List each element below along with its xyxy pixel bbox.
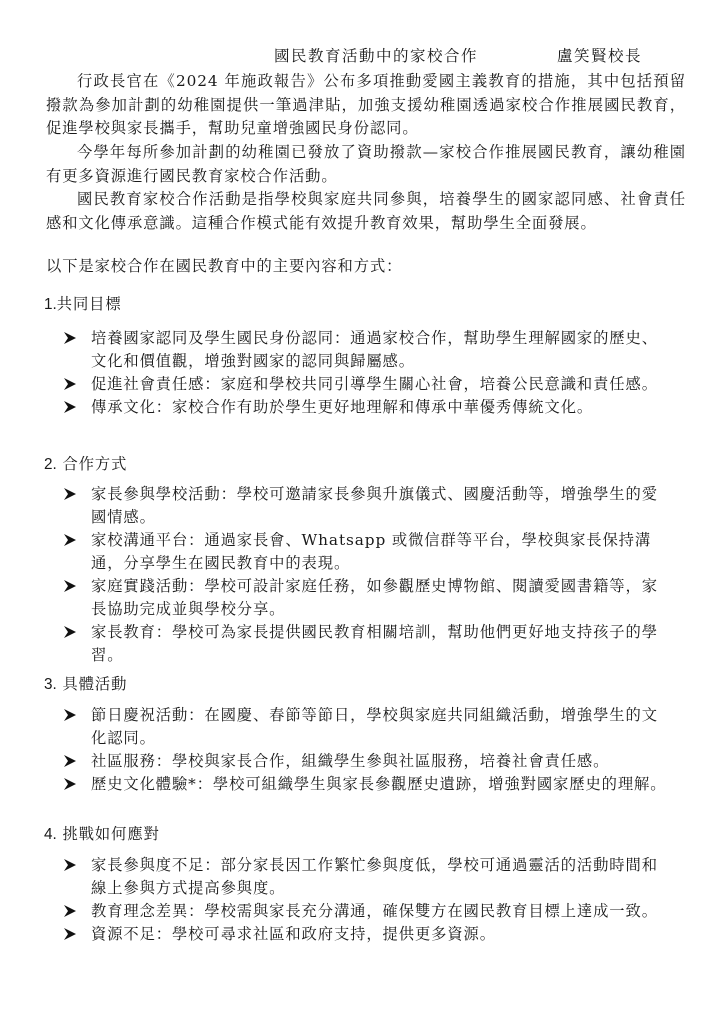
arrowhead-bullet-icon	[64, 401, 76, 413]
list-item-text: 家長教育：學校可為家長提供國民教育相關培訓，幫助他們更好地支持孩子的學習。	[91, 623, 658, 664]
arrowhead-bullet-icon	[64, 928, 76, 940]
arrowhead-bullet-icon	[64, 534, 76, 546]
list-item: 資源不足：學校可尋求社區和政府支持，提供更多資源。	[64, 923, 674, 946]
section-title: 具體活動	[63, 675, 128, 693]
list-item: 家庭實踐活動：學校可設計家庭任務，如參觀歷史博物館、閱讀愛國書籍等，家長協助完成…	[64, 575, 674, 621]
document-author: 盧笑賢校長	[557, 44, 642, 66]
document-title: 國民教育活動中的家校合作	[274, 47, 478, 65]
section-heading-4: 4. 挑戰如何應對	[44, 822, 160, 844]
arrowhead-bullet-icon	[64, 778, 76, 790]
section-title: 挑戰如何應對	[63, 825, 160, 843]
lead-in-text: 以下是家校合作在國民教育中的主要內容和方式：	[46, 254, 402, 276]
list-item: 節日慶祝活動：在國慶、春節等節日，學校與家庭共同組織活動，增強學生的文化認同。	[64, 704, 674, 750]
arrowhead-bullet-icon	[64, 755, 76, 767]
section-heading-3: 3. 具體活動	[44, 672, 127, 694]
arrowhead-bullet-icon	[64, 488, 76, 500]
list-item: 家校溝通平台：通過家長會、Whatsapp 或微信群等平台，學校與家長保持溝通，…	[64, 529, 674, 575]
list-item: 家長參與學校活動：學校可邀請家長參與升旗儀式、國慶活動等，增強學生的愛國情感。	[64, 483, 674, 529]
section-number: 2.	[44, 456, 57, 473]
section-number: 4.	[44, 826, 57, 843]
list-item-text: 節日慶祝活動：在國慶、春節等節日，學校與家庭共同組織活動，增強學生的文化認同。	[91, 706, 658, 747]
list-item: 家長教育：學校可為家長提供國民教育相關培訓，幫助他們更好地支持孩子的學習。	[64, 621, 674, 667]
list-item-text: 家校溝通平台：通過家長會、Whatsapp 或微信群等平台，學校與家長保持溝通，…	[91, 531, 651, 572]
list-item-text: 家長參與學校活動：學校可邀請家長參與升旗儀式、國慶活動等，增強學生的愛國情感。	[91, 485, 658, 526]
section-2-list: 家長參與學校活動：學校可邀請家長參與升旗儀式、國慶活動等，增強學生的愛國情感。 …	[64, 483, 674, 667]
arrowhead-bullet-icon	[64, 626, 76, 638]
section-title: 合作方式	[63, 455, 128, 473]
list-item: 家長參與度不足：部分家長因工作繁忙參與度低，學校可通過靈活的活動時間和線上參與方…	[64, 854, 674, 900]
list-item: 促進社會責任感：家庭和學校共同引導學生關心社會，培養公民意識和責任感。	[64, 373, 674, 396]
arrowhead-bullet-icon	[64, 378, 76, 390]
arrowhead-bullet-icon	[64, 905, 76, 917]
list-item: 傳承文化：家校合作有助於學生更好地理解和傳承中華優秀傳統文化。	[64, 396, 674, 419]
document-header: 國民教育活動中的家校合作 盧笑賢校長	[274, 44, 478, 66]
intro-paragraph-3: 國民教育家校合作活動是指學校與家庭共同參與，培養學生的國家認同感、社會責任感和文…	[46, 188, 686, 235]
list-item-text: 教育理念差異：學校需與家長充分溝通，確保雙方在國民教育目標上達成一致。	[91, 902, 658, 920]
section-1-list: 培養國家認同及學生國民身份認同：通過家校合作，幫助學生理解國家的歷史、文化和價值…	[64, 327, 674, 419]
section-heading-2: 2. 合作方式	[44, 452, 127, 474]
intro-paragraph-1: 行政長官在《2024 年施政報告》公布多項推動愛國主義教育的措施，其中包括預留撥…	[46, 70, 686, 141]
section-number: 3.	[44, 676, 57, 693]
list-item-text: 培養國家認同及學生國民身份認同：通過家校合作，幫助學生理解國家的歷史、文化和價值…	[91, 329, 658, 370]
document-page: 國民教育活動中的家校合作 盧笑賢校長 行政長官在《2024 年施政報告》公布多項…	[0, 0, 724, 1024]
list-item-text: 家長參與度不足：部分家長因工作繁忙參與度低，學校可通過靈活的活動時間和線上參與方…	[91, 856, 658, 897]
list-item: 教育理念差異：學校需與家長充分溝通，確保雙方在國民教育目標上達成一致。	[64, 900, 674, 923]
list-item-text: 社區服務：學校與家長合作，組織學生參與社區服務，培養社會責任感。	[91, 752, 609, 770]
list-item: 培養國家認同及學生國民身份認同：通過家校合作，幫助學生理解國家的歷史、文化和價值…	[64, 327, 674, 373]
list-item-text: 家庭實踐活動：學校可設計家庭任務，如參觀歷史博物館、閱讀愛國書籍等，家長協助完成…	[91, 577, 658, 618]
list-item-text: 歷史文化體驗*：學校可組織學生與家長參觀歷史遺跡，增強對國家歷史的理解。	[91, 775, 666, 793]
arrowhead-bullet-icon	[64, 332, 76, 344]
list-item: 歷史文化體驗*：學校可組織學生與家長參觀歷史遺跡，增強對國家歷史的理解。	[64, 773, 674, 796]
section-4-list: 家長參與度不足：部分家長因工作繁忙參與度低，學校可通過靈活的活動時間和線上參與方…	[64, 854, 674, 946]
list-item: 社區服務：學校與家長合作，組織學生參與社區服務，培養社會責任感。	[64, 750, 674, 773]
section-3-list: 節日慶祝活動：在國慶、春節等節日，學校與家庭共同組織活動，增強學生的文化認同。 …	[64, 704, 674, 796]
section-heading-1: 1.共同目標	[44, 292, 122, 314]
list-item-text: 傳承文化：家校合作有助於學生更好地理解和傳承中華優秀傳統文化。	[91, 398, 593, 416]
section-number: 1.	[44, 296, 57, 313]
list-item-text: 資源不足：學校可尋求社區和政府支持，提供更多資源。	[91, 925, 496, 943]
section-title: 共同目標	[57, 295, 122, 313]
list-item-text: 促進社會責任感：家庭和學校共同引導學生關心社會，培養公民意識和責任感。	[91, 375, 658, 393]
intro-paragraph-2: 今學年每所參加計劃的幼稚園已發放了資助撥款—家校合作推展國民教育，讓幼稚園有更多…	[46, 141, 686, 188]
arrowhead-bullet-icon	[64, 580, 76, 592]
arrowhead-bullet-icon	[64, 859, 76, 871]
arrowhead-bullet-icon	[64, 709, 76, 721]
